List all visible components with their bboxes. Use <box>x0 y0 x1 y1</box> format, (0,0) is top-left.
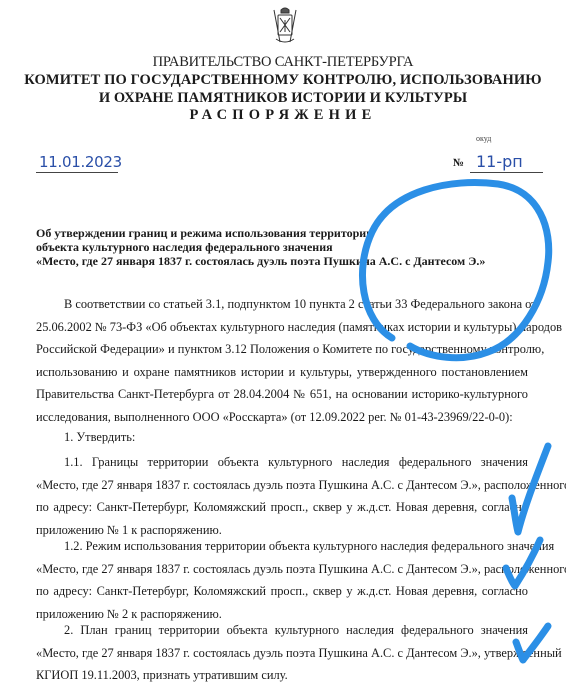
text-line: «Место, где 27 января 1837 г. состоялась… <box>36 642 528 665</box>
item-2-paragraph: 2. План границ территории объекта культу… <box>36 619 528 684</box>
number-field: 11-рп <box>470 152 543 173</box>
item-1-1-paragraph: 1.1. Границы территории объекта культурн… <box>36 451 528 541</box>
text-line: по адресу: Санкт-Петербург, Коломяжский … <box>36 580 528 603</box>
date-value: 11.01.2023 <box>39 153 122 171</box>
text-line: 25.06.2002 № 73-ФЗ «Об объектах культурн… <box>36 316 528 339</box>
text-line: исследования, выполненного ООО «Росскарт… <box>36 406 528 429</box>
document-type: РАСПОРЯЖЕНИЕ <box>0 107 566 124</box>
item-1-heading: 1. Утвердить: <box>64 430 135 445</box>
text-line: Российской Федерации» и пунктом 3.12 Пол… <box>36 338 528 361</box>
item-1-2-paragraph: 1.2. Режим использования территории объе… <box>36 535 528 625</box>
subject-line: Об утверждении границ и режима использов… <box>36 226 485 240</box>
government-name: ПРАВИТЕЛЬСТВО САНКТ-ПЕТЕРБУРГА <box>0 54 566 71</box>
text-line: использованию и охране памятников истори… <box>36 361 528 384</box>
text-line: 2. План границ территории объекта культу… <box>36 619 528 642</box>
committee-name-line1: КОМИТЕТ ПО ГОСУДАРСТВЕННОМУ КОНТРОЛЮ, ИС… <box>0 72 566 89</box>
text-line: 1.2. Режим использования территории объе… <box>36 535 528 558</box>
text-line: по адресу: Санкт-Петербург, Коломяжский … <box>36 496 528 519</box>
coat-of-arms-icon <box>272 6 298 46</box>
number-value: 11-рп <box>476 152 523 171</box>
preamble-paragraph: В соответствии со статьей 3.1, подпункто… <box>36 293 528 429</box>
text-line: 1.1. Границы территории объекта культурн… <box>36 451 528 474</box>
text-line: Правительства Санкт-Петербурга от 28.04.… <box>36 383 528 406</box>
document-page: ПРАВИТЕЛЬСТВО САНКТ-ПЕТЕРБУРГА КОМИТЕТ П… <box>0 0 566 684</box>
text-line: «Место, где 27 января 1837 г. состоялась… <box>36 474 528 497</box>
text-line: «Место, где 27 января 1837 г. состоялась… <box>36 558 528 581</box>
subject-line: объекта культурного наследия федеральног… <box>36 240 485 254</box>
okud-label: окуд <box>476 134 491 143</box>
text-line: В соответствии со статьей 3.1, подпункто… <box>36 293 528 316</box>
date-field: 11.01.2023 <box>36 152 118 173</box>
document-subject: Об утверждении границ и режима использов… <box>36 226 485 268</box>
text-line: КГИОП 19.11.2003, признать утратившим си… <box>36 664 528 684</box>
number-label: № <box>453 157 464 169</box>
committee-name-line2: И ОХРАНЕ ПАМЯТНИКОВ ИСТОРИИ И КУЛЬТУРЫ <box>0 90 566 107</box>
subject-line: «Место, где 27 января 1837 г. состоялась… <box>36 254 485 268</box>
